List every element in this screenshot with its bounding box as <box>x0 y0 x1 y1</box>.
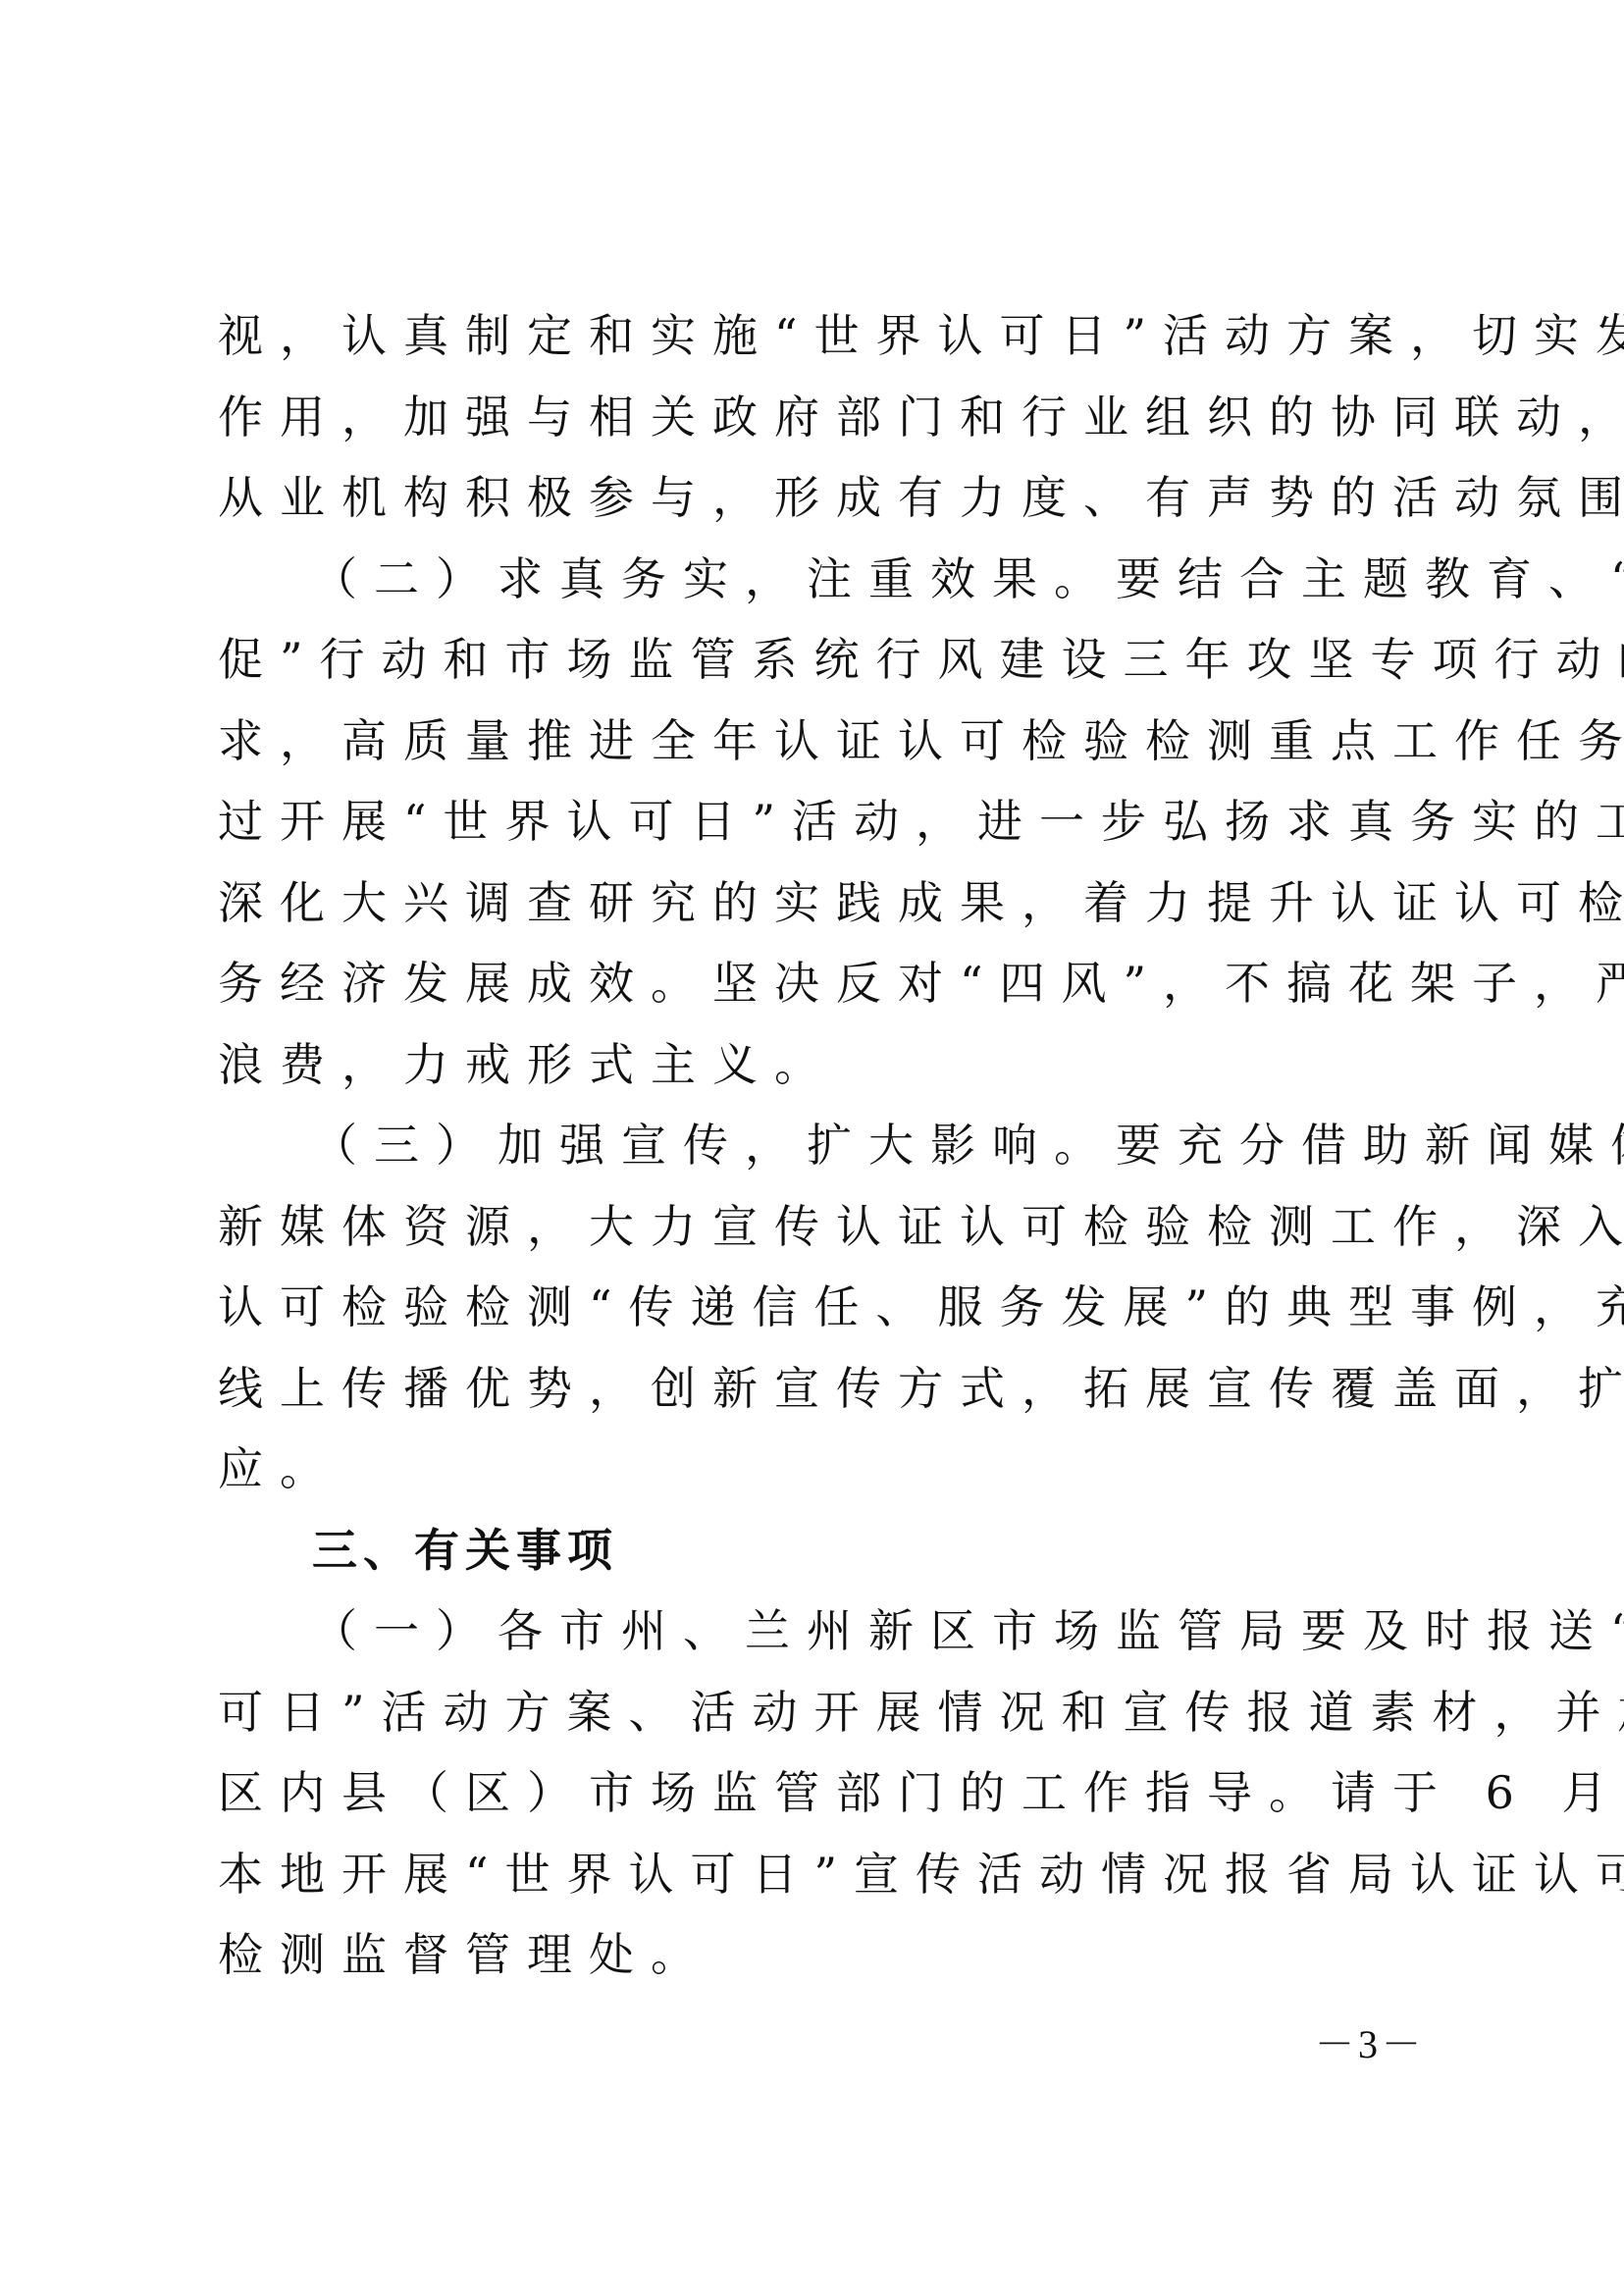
text-line: 从业机构积极参与，形成有力度、有声势的活动氛围 <box>218 472 1427 553</box>
text-line: （一）各市州、兰州新区市场监管局要及时报送“世界认 <box>218 1605 1427 1687</box>
text-line: 认可检验检测“传递信任、服务发展”的典型事例，充分运用 <box>218 1281 1427 1363</box>
text-line: 作用，加强与相关政府部门和行业组织的协同联动，组织辖区 <box>218 391 1427 473</box>
text-line: 浪费，力戒形式主义。 <box>218 1039 1427 1121</box>
text-line: 视，认真制定和实施“世界认可日”活动方案，切实发挥牵头 <box>218 310 1427 391</box>
paragraph-matter-one: （一）各市州、兰州新区市场监管局要及时报送“世界认 可日”活动方案、活动开展情况… <box>218 1605 1427 2010</box>
document-body: 视，认真制定和实施“世界认可日”活动方案，切实发挥牵头 作用，加强与相关政府部门… <box>218 310 1427 2010</box>
text-line: 线上传播优势，创新宣传方式，拓展宣传覆盖面，扩大传播效 <box>218 1363 1427 1444</box>
text-line: （二）求真务实，注重效果。要结合主题教育、“三抓三 <box>218 553 1427 635</box>
text-line: 促”行动和市场监管系统行风建设三年攻坚专项行动的部署要 <box>218 634 1427 715</box>
page-number: －3－ <box>1315 2013 1425 2069</box>
text-line: 深化大兴调查研究的实践成果，着力提升认证认可检验检测服 <box>218 877 1427 959</box>
text-line: 检测监督管理处。 <box>218 1929 1427 2010</box>
text-line: 过开展“世界认可日”活动，进一步弘扬求真务实的工作作风， <box>218 796 1427 877</box>
text-line: 本地开展“世界认可日”宣传活动情况报省局认证认可与检验 <box>218 1849 1427 1930</box>
section-heading: 三、有关事项 <box>218 1525 1427 1606</box>
text-line: 可日”活动方案、活动开展情况和宣传报道素材，并加强对辖 <box>218 1687 1427 1768</box>
text-line: 区内县（区）市场监管部门的工作指导。请于 6 月 15 日前将 <box>218 1767 1427 1849</box>
paragraph-three: （三）加强宣传，扩大影响。要充分借助新闻媒体、网络 新媒体资源，大力宣传认证认可… <box>218 1120 1427 1525</box>
paragraph-two: （二）求真务实，注重效果。要结合主题教育、“三抓三 促”行动和市场监管系统行风建… <box>218 553 1427 1121</box>
text-line: 求，高质量推进全年认证认可检验检测重点工作任务完成，通 <box>218 715 1427 797</box>
text-line: 新媒体资源，大力宣传认证认可检验检测工作，深入挖掘认证 <box>218 1201 1427 1282</box>
text-line: 应。 <box>218 1443 1427 1525</box>
paragraph-continuation: 视，认真制定和实施“世界认可日”活动方案，切实发挥牵头 作用，加强与相关政府部门… <box>218 310 1427 553</box>
text-line: 务经济发展成效。坚决反对“四风”，不搞花架子，严禁铺张 <box>218 958 1427 1039</box>
text-line: （三）加强宣传，扩大影响。要充分借助新闻媒体、网络 <box>218 1120 1427 1201</box>
